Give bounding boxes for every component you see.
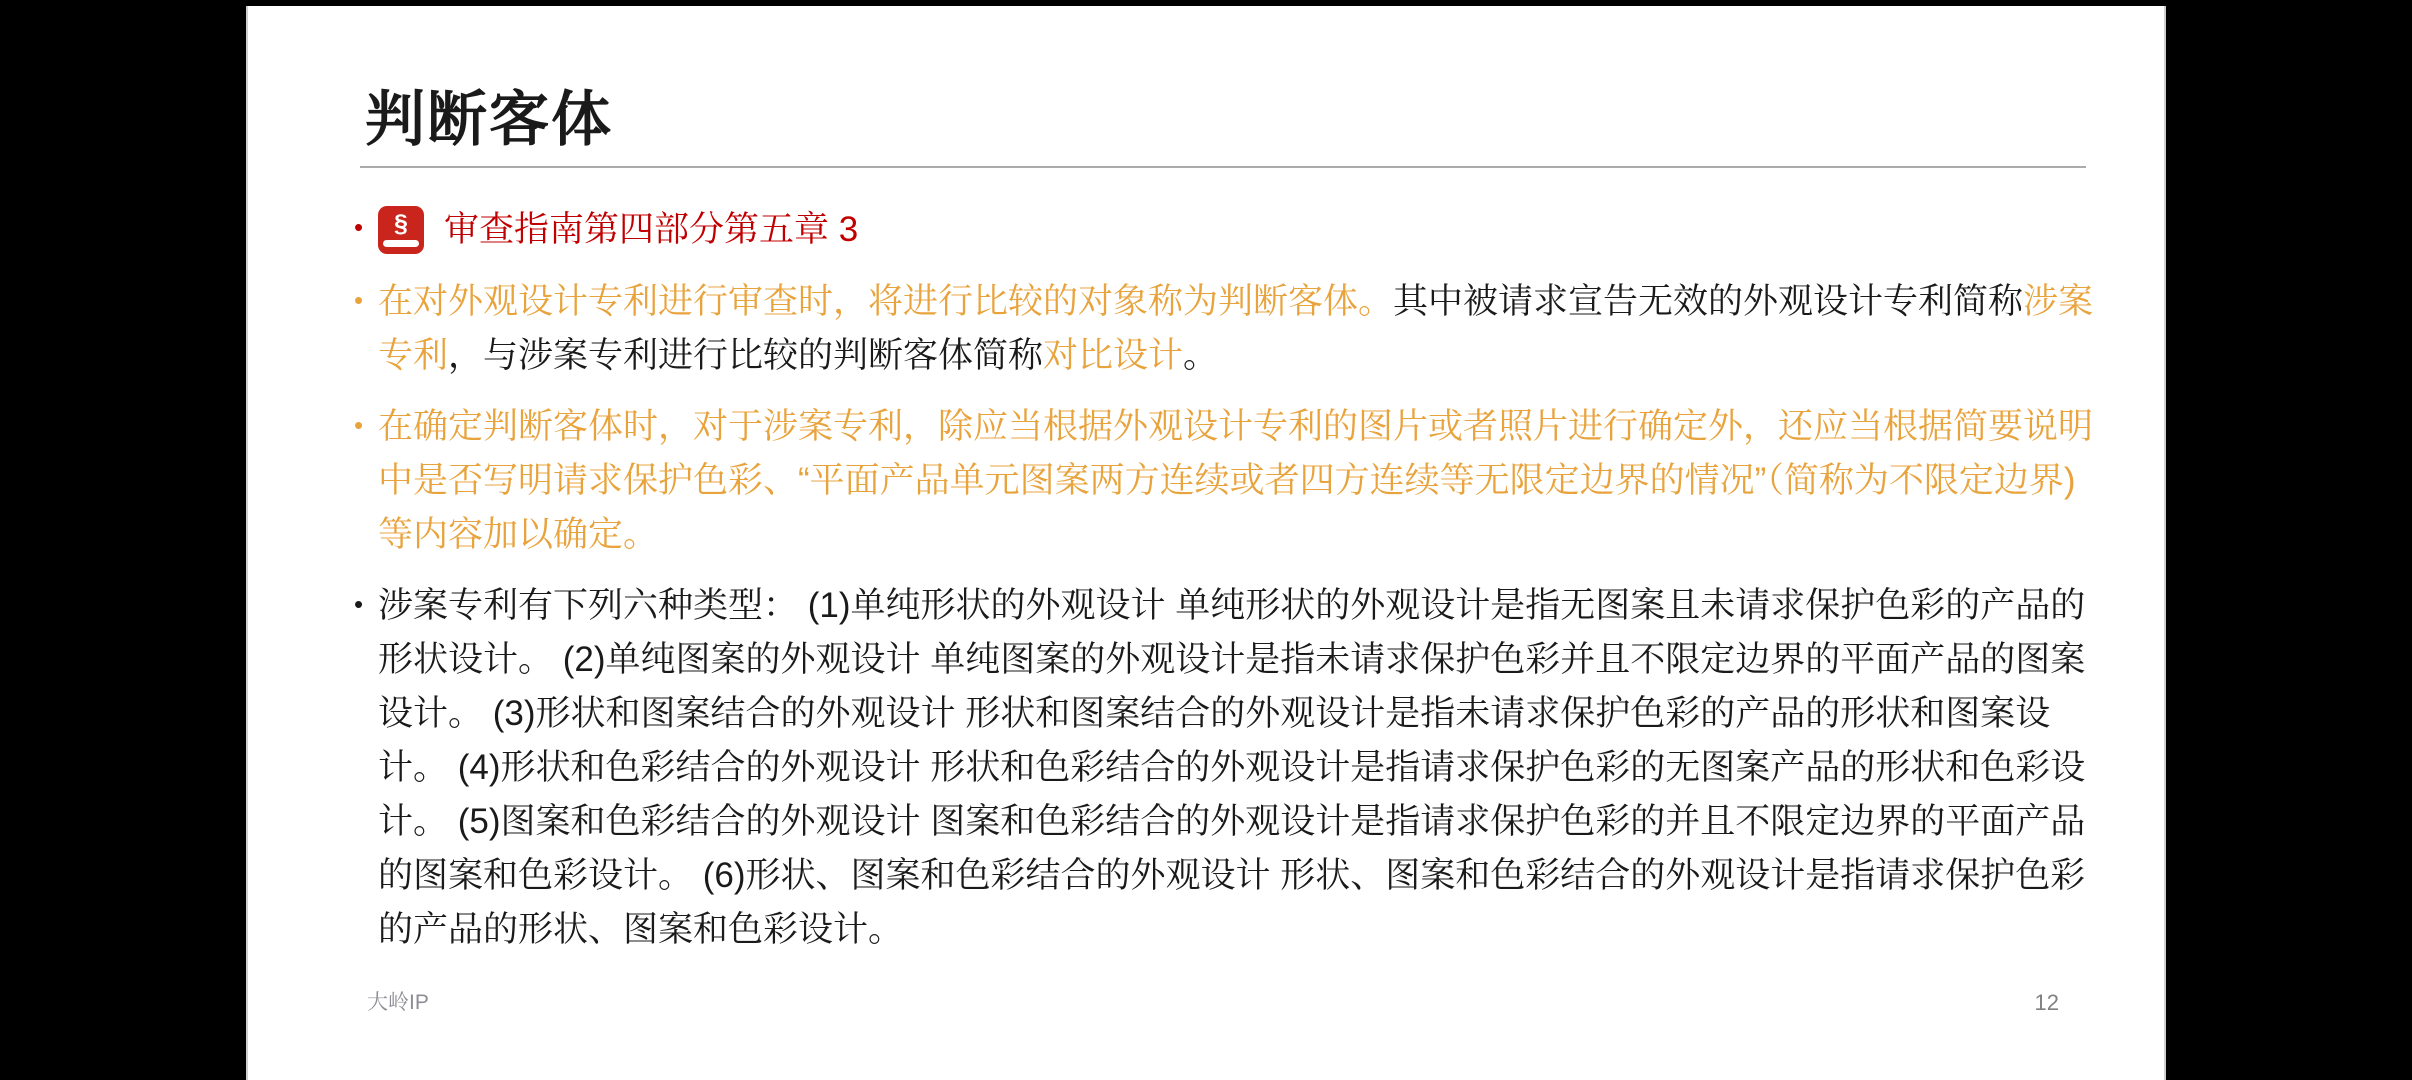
bullet-dot: • — [354, 398, 363, 452]
screen: { "slide": { "title": "判断客体", "bullet_ch… — [0, 0, 2412, 1080]
page-title: 判断客体 — [365, 90, 2080, 150]
bullet-dot: • — [354, 200, 363, 254]
slide-canvas[interactable]: 判断客体 • § 审查指南第四部分第五章 3 • 在对外观设计专利进行审查时，将… — [246, 6, 2166, 1080]
judgment-object-segment: 其中被请求宣告无效的外观设计专利简称 — [1393, 282, 2023, 321]
statute-book-icon: § — [378, 206, 424, 254]
bullet-guideline-reference: • § 审查指南第四部分第五章 3 — [378, 202, 2102, 258]
judgment-object-segment: ，与涉案专利进行比较的判断客体简称 — [448, 336, 1043, 375]
judgment-object-segment: 在对外观设计专利进行审查时，将进行比较的对象称为判断客体。 — [378, 282, 1393, 321]
determination-text: 在确定判断客体时，对于涉案专利，除应当根据外观设计专利的图片或者照片进行确定外，… — [378, 407, 2093, 554]
bullet-determination: • 在确定判断客体时，对于涉案专利，除应当根据外观设计专利的图片或者照片进行确定… — [378, 400, 2102, 562]
bullet-dot: • — [354, 577, 363, 631]
six-types-text: 涉案专利有下列六种类型： (1)单纯形状的外观设计 单纯形状的外观设计是指无图案… — [378, 586, 2085, 949]
footer-brand: 大岭IP — [367, 986, 429, 1016]
bullet-judgment-object: • 在对外观设计专利进行审查时，将进行比较的对象称为判断客体。其中被请求宣告无效… — [378, 275, 2102, 383]
page-number: 12 — [2035, 990, 2059, 1016]
slide-body: • § 审查指南第四部分第五章 3 • 在对外观设计专利进行审查时，将进行比较的… — [378, 202, 2102, 957]
judgment-object-segment: 。 — [1183, 336, 1218, 375]
bullet-six-types: • 涉案专利有下列六种类型： (1)单纯形状的外观设计 单纯形状的外观设计是指无… — [378, 579, 2102, 957]
judgment-object-segment: 对比设计 — [1043, 336, 1183, 375]
title-divider — [360, 166, 2086, 168]
bullet-dot: • — [354, 273, 363, 327]
section-symbol: § — [394, 212, 408, 237]
guideline-reference-text: 审查指南第四部分第五章 3 — [444, 203, 858, 257]
